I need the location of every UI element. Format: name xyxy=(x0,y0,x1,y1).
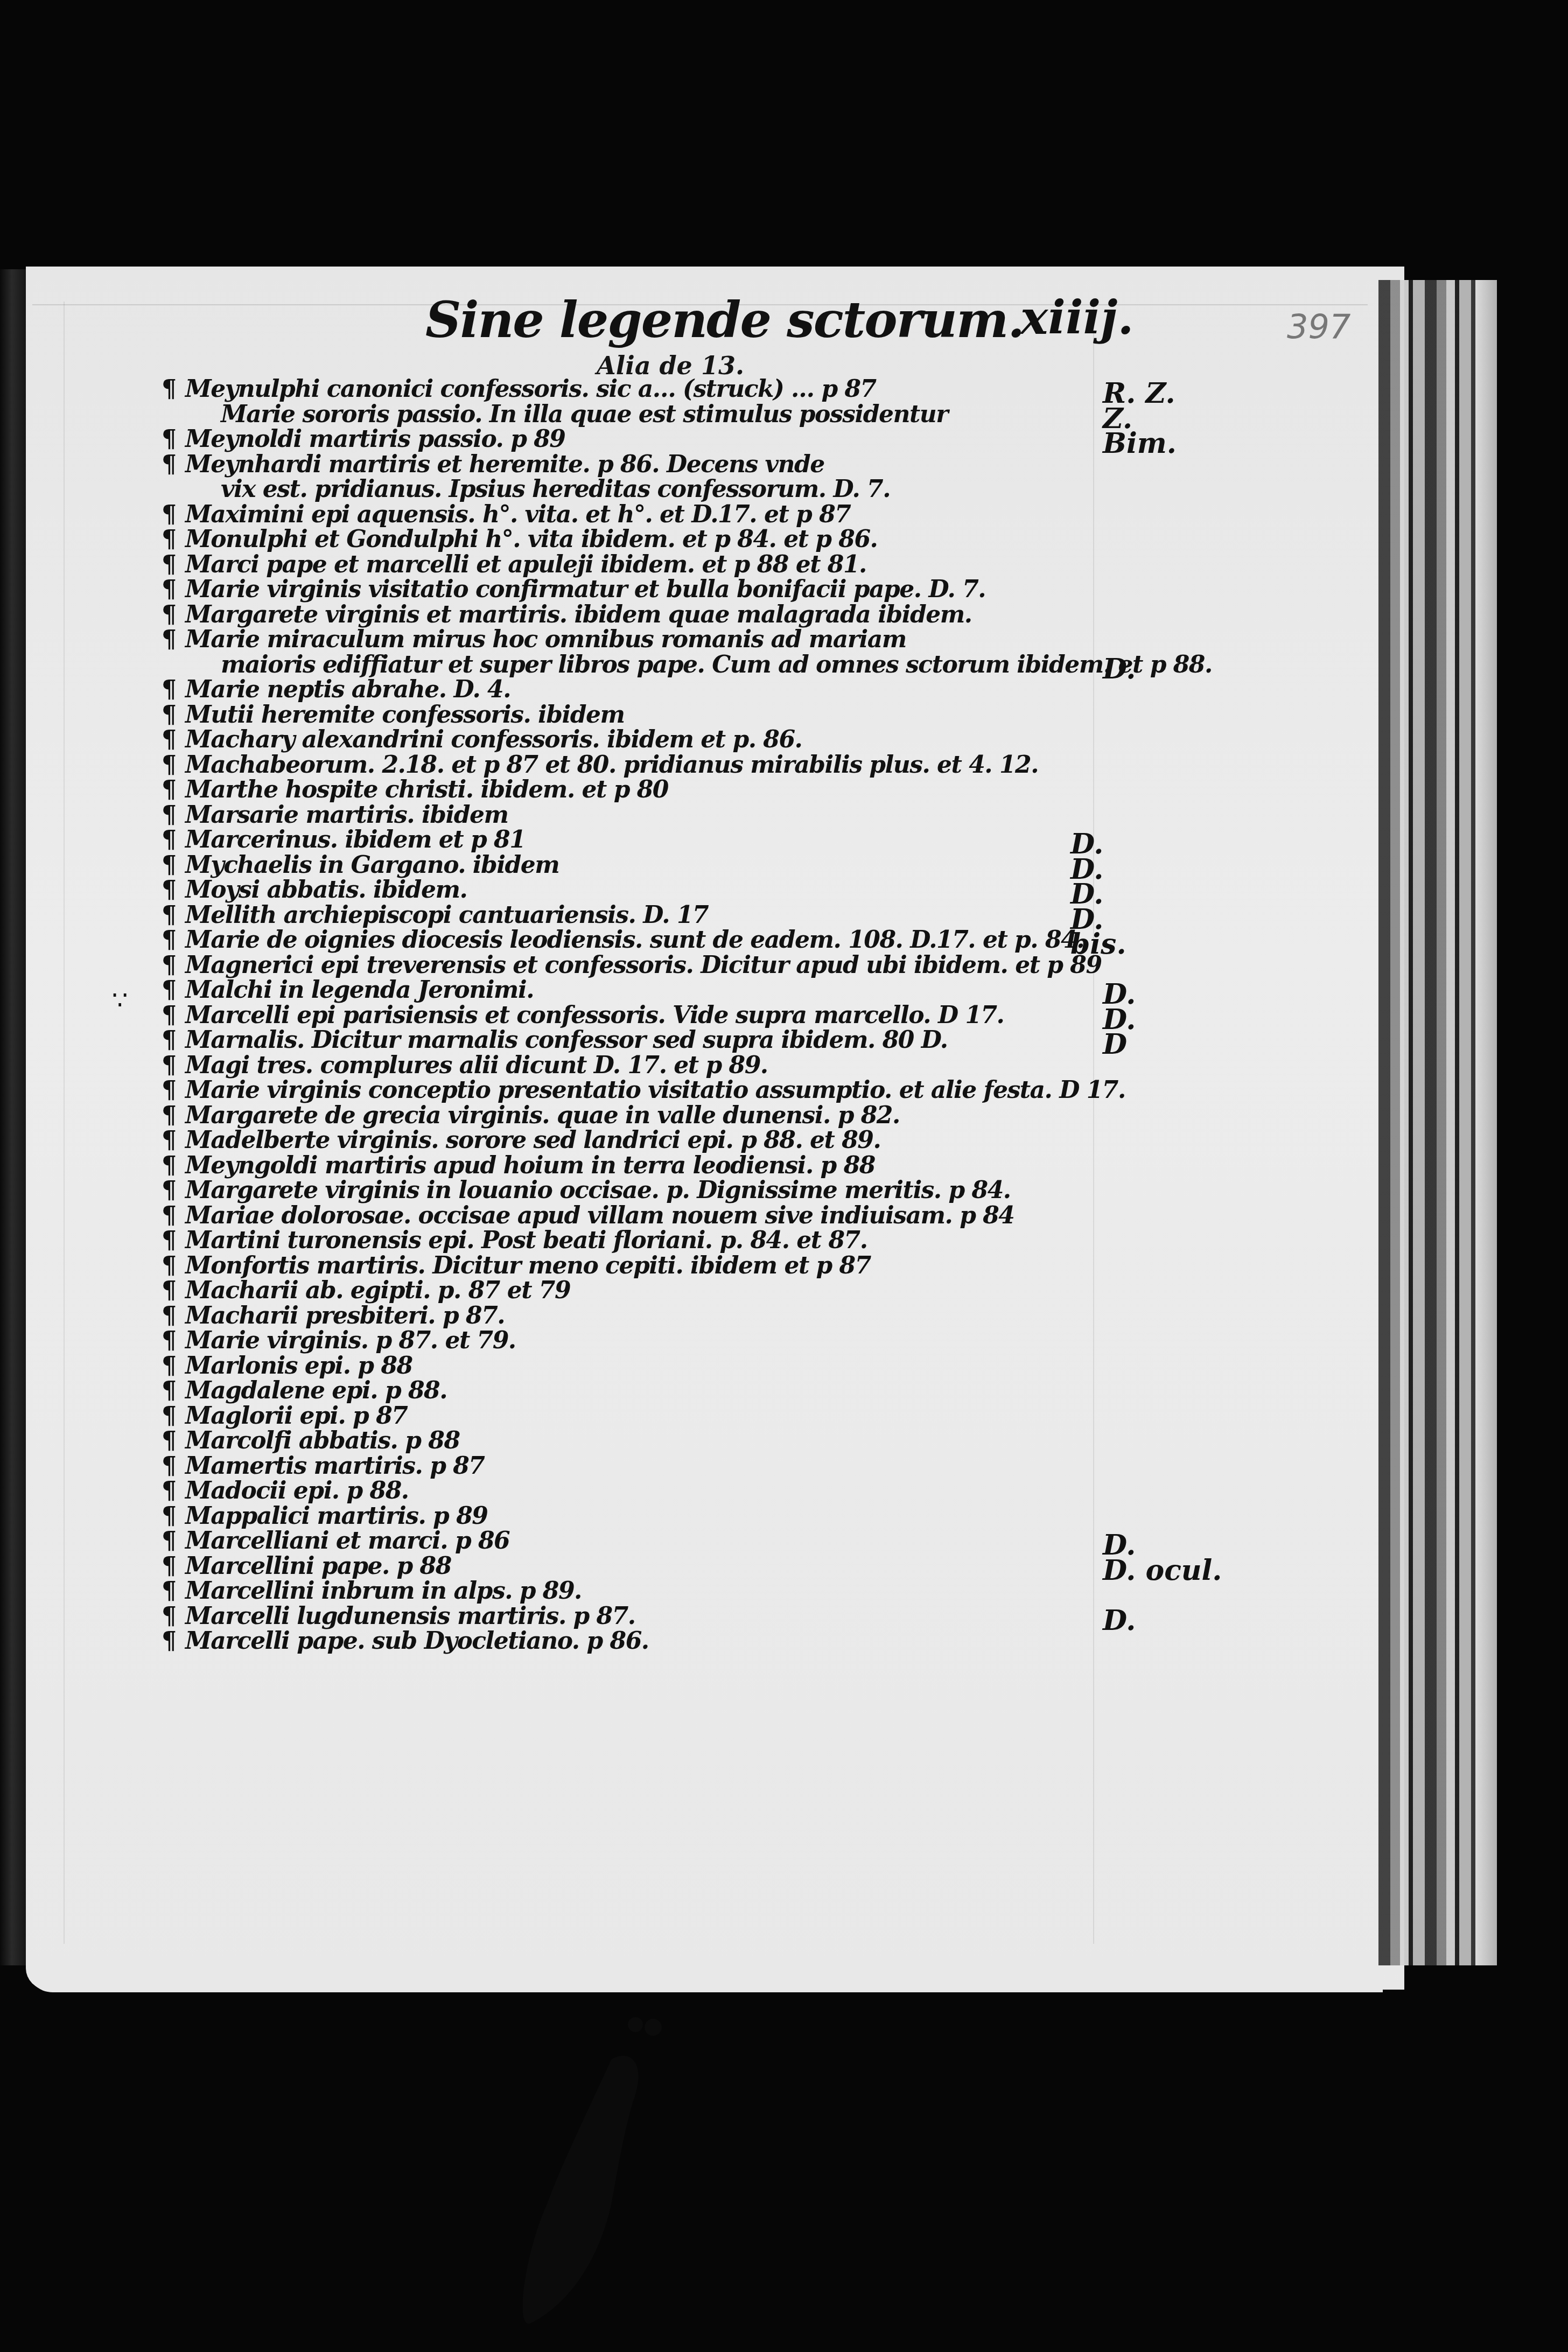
page-edges-outer xyxy=(1475,280,1497,1965)
entry-line: ¶Margarete virginis et martiris. ibidem … xyxy=(162,603,1131,628)
margin-note: bis. xyxy=(1070,928,1126,961)
pilcrow-icon: ¶ xyxy=(162,1328,185,1353)
pilcrow-icon: ¶ xyxy=(162,703,185,727)
entry-text: Marsarie martiris. ibidem xyxy=(185,801,508,829)
entry-line: ¶Monulphi et Gondulphi h°. vita ibidem. … xyxy=(162,527,1131,552)
entry-line: ¶Meynhardi martiris et heremite. p 86. D… xyxy=(162,452,1131,478)
entry-text: maioris ediffiatur et super libros pape.… xyxy=(221,651,1212,678)
entry-text: Mychaelis in Gargano. ibidem xyxy=(185,851,559,879)
entry-text: Meynoldi martiris passio. p 89 xyxy=(185,425,565,453)
entry-text: Magdalene epi. p 88. xyxy=(185,1377,447,1404)
entry-text: Malchi in legenda Jeronimi. xyxy=(185,976,534,1004)
pilcrow-icon: ¶ xyxy=(162,427,185,452)
pencil-page-number: 397 xyxy=(1287,307,1350,346)
pilcrow-icon: ¶ xyxy=(162,928,185,953)
entry-text: Margarete de grecia virginis. quae in va… xyxy=(185,1102,900,1129)
side-mark-dots: ∵ xyxy=(112,985,128,1014)
entry-line: ¶Meyngoldi martiris apud hoium in terra … xyxy=(162,1153,1131,1179)
entry-line: ¶Marie de oignies diocesis leodiensis. s… xyxy=(162,928,1131,953)
entry-text: Marie miraculum mirus hoc omnibus romani… xyxy=(185,626,906,653)
entry-line: ¶Marcelli epi parisiensis et confessoris… xyxy=(162,1003,1131,1028)
entry-text: Meynhardi martiris et heremite. p 86. De… xyxy=(185,451,824,478)
pilcrow-icon: ¶ xyxy=(162,527,185,552)
entry-line: ¶Marcolfi abbatis. p 88 xyxy=(162,1429,1131,1454)
pilcrow-icon: ¶ xyxy=(162,1454,185,1479)
entry-line: ¶Mappalici martiris. p 89 xyxy=(162,1504,1131,1529)
entry-line: ¶Marie virginis conceptio presentatio vi… xyxy=(162,1078,1131,1103)
pilcrow-icon: ¶ xyxy=(162,1354,185,1378)
entry-line: ¶Marlonis epi. p 88 xyxy=(162,1354,1131,1379)
entry-line: ¶Magdalene epi. p 88. xyxy=(162,1378,1131,1404)
entry-text: Marie virginis. p 87. et 79. xyxy=(185,1327,516,1354)
page-title: Sine legende sctorum. xyxy=(425,291,1024,349)
entry-line: ¶Marcelliani et marci. p 86 xyxy=(162,1529,1131,1554)
pilcrow-icon: ¶ xyxy=(162,1128,185,1153)
entry-text: Mappalici martiris. p 89 xyxy=(185,1502,487,1530)
entry-line: ¶Margarete virginis in louanio occisae. … xyxy=(162,1178,1131,1203)
pilcrow-icon: ¶ xyxy=(162,502,185,527)
entry-text: Marie virginis conceptio presentatio vis… xyxy=(185,1076,1125,1104)
entry-text: Marie de oignies diocesis leodiensis. su… xyxy=(185,926,1084,954)
entry-line: ¶Marie virginis. p 87. et 79. xyxy=(162,1328,1131,1354)
pilcrow-icon: ¶ xyxy=(162,1053,185,1078)
entry-line: ¶Machabeorum. 2.18. et p 87 et 80. pridi… xyxy=(162,753,1131,778)
entry-line: ¶Marie sororis passio. In illa quae est … xyxy=(162,402,1131,428)
entry-line: ¶Meynoldi martiris passio. p 89 xyxy=(162,427,1131,452)
pilcrow-icon: ¶ xyxy=(162,452,185,477)
entry-line: ¶Mariae dolorosae. occisae apud villam n… xyxy=(162,1203,1131,1229)
entry-line: ¶Malchi in legenda Jeronimi. xyxy=(162,978,1131,1003)
entry-line: ¶Macharii presbiteri. p 87. xyxy=(162,1304,1131,1329)
entry-text: Margarete virginis in louanio occisae. p… xyxy=(185,1177,1011,1204)
margin-note: D. ocul. xyxy=(1103,1554,1222,1587)
entry-text: Marnalis. Dicitur marnalis confessor sed… xyxy=(185,1026,948,1054)
entry-text: Marcellini inbrum in alps. p 89. xyxy=(185,1577,582,1605)
pilcrow-icon: ¶ xyxy=(162,903,185,928)
pilcrow-icon: ¶ xyxy=(162,753,185,778)
entry-line: ¶Maximini epi aquensis. h°. vita. et h°.… xyxy=(162,502,1131,528)
entry-line: ¶Magnerici epi treverensis et confessori… xyxy=(162,953,1131,978)
entry-text: Marcelli lugdunensis martiris. p 87. xyxy=(185,1602,635,1630)
margin-note: Bim. xyxy=(1103,427,1177,460)
entry-text: Mamertis martiris. p 87 xyxy=(185,1452,484,1480)
pilcrow-icon: ¶ xyxy=(162,1378,185,1403)
pilcrow-icon: ¶ xyxy=(162,978,185,1003)
page-bottom-edge xyxy=(26,1960,1383,1992)
entry-line: ¶Marnalis. Dicitur marnalis confessor se… xyxy=(162,1028,1131,1053)
entry-text: Magnerici epi treverensis et confessoris… xyxy=(185,951,1102,979)
entry-line: ¶Madocii epi. p 88. xyxy=(162,1479,1131,1504)
entry-text: Mellith archiepiscopi cantuariensis. D. … xyxy=(185,901,708,929)
entry-line: ¶Marcellini pape. p 88 xyxy=(162,1554,1131,1579)
entry-line: ¶Mychaelis in Gargano. ibidem xyxy=(162,853,1131,878)
pilcrow-icon: ¶ xyxy=(162,1554,185,1579)
entry-line: ¶vix est. pridianus. Ipsius hereditas co… xyxy=(162,477,1131,502)
pilcrow-icon: ¶ xyxy=(162,853,185,878)
pilcrow-icon: ¶ xyxy=(162,1028,185,1053)
entry-line: ¶Marsarie martiris. ibidem xyxy=(162,803,1131,828)
entry-text: Maglorii epi. p 87 xyxy=(185,1402,407,1430)
pilcrow-icon: ¶ xyxy=(162,803,185,828)
entry-text: Madelberte virginis. sorore sed landrici… xyxy=(185,1126,880,1154)
pilcrow-icon: ¶ xyxy=(162,1278,185,1303)
entry-line: ¶Meynulphi canonici confessoris. sic a… … xyxy=(162,377,1131,402)
entry-line: ¶Martini turonensis epi. Post beati flor… xyxy=(162,1228,1131,1254)
pilcrow-icon: ¶ xyxy=(162,1228,185,1253)
pilcrow-icon: ¶ xyxy=(162,1304,185,1328)
entry-line: ¶Marcellini inbrum in alps. p 89. xyxy=(162,1579,1131,1604)
entry-line: ¶Marci pape et marcelli et apuleji ibide… xyxy=(162,552,1131,578)
pilcrow-icon: ¶ xyxy=(162,552,185,577)
entry-text: Marcerinus. ibidem et p 81 xyxy=(185,826,525,853)
entry-line: ¶Madelberte virginis. sorore sed landric… xyxy=(162,1128,1131,1153)
entry-line: ¶Machary alexandrini confessoris. ibidem… xyxy=(162,727,1131,753)
entry-text: Madocii epi. p 88. xyxy=(185,1477,409,1504)
entry-text: Margarete virginis et martiris. ibidem q… xyxy=(185,601,972,628)
pilcrow-icon: ¶ xyxy=(162,953,185,978)
entry-text: Marie neptis abrahe. D. 4. xyxy=(185,676,510,703)
entry-line: ¶Marie miraculum mirus hoc omnibus roman… xyxy=(162,627,1131,653)
pilcrow-icon: ¶ xyxy=(162,1404,185,1429)
folio-number: xiiij. xyxy=(1020,291,1133,345)
pilcrow-icon: ¶ xyxy=(162,1203,185,1228)
entry-text: Marcelli pape. sub Dyocletiano. p 86. xyxy=(185,1627,649,1655)
margin-note: D. xyxy=(1103,653,1136,685)
binding-left-edge xyxy=(0,269,30,1965)
pilcrow-icon: ¶ xyxy=(162,828,185,852)
entry-text: Macharii ab. egipti. p. 87 et 79 xyxy=(185,1277,570,1304)
entry-line: ¶Monfortis martiris. Dicitur meno cepiti… xyxy=(162,1254,1131,1279)
entry-text: Marcolfi abbatis. p 88 xyxy=(185,1427,460,1454)
pilcrow-icon: ¶ xyxy=(162,1178,185,1203)
entry-line: ¶Magi tres. complures alii dicunt D. 17.… xyxy=(162,1053,1131,1079)
entry-line: ¶Marcelli lugdunensis martiris. p 87. xyxy=(162,1604,1131,1629)
pilcrow-icon: ¶ xyxy=(162,1579,185,1604)
entry-text: Marcellini pape. p 88 xyxy=(185,1552,451,1580)
ink-blot xyxy=(450,2000,676,2334)
pilcrow-icon: ¶ xyxy=(162,727,185,752)
entry-text: Mariae dolorosae. occisae apud villam no… xyxy=(185,1202,1014,1229)
entry-line: ¶Marcelli pape. sub Dyocletiano. p 86. xyxy=(162,1629,1131,1654)
entry-text: Maximini epi aquensis. h°. vita. et h°. … xyxy=(185,501,850,528)
pilcrow-icon: ¶ xyxy=(162,1529,185,1553)
ruling-line-left xyxy=(64,302,65,1944)
pilcrow-icon: ¶ xyxy=(162,1629,185,1654)
pilcrow-icon: ¶ xyxy=(162,1429,185,1453)
pilcrow-icon: ¶ xyxy=(162,878,185,902)
pilcrow-icon: ¶ xyxy=(162,1254,185,1278)
entry-line: ¶Marie virginis visitatio confirmatur et… xyxy=(162,577,1131,603)
pilcrow-icon: ¶ xyxy=(162,577,185,602)
entry-text: Marthe hospite christi. ibidem. et p 80 xyxy=(185,776,668,803)
entry-text: Moysi abbatis. ibidem. xyxy=(185,876,467,904)
entry-text: Meynulphi canonici confessoris. sic a… (… xyxy=(185,375,876,403)
entry-text: Marie sororis passio. In illa quae est s… xyxy=(221,401,948,428)
entry-line: ¶maioris ediffiatur et super libros pape… xyxy=(162,653,1131,678)
entry-text: Marie virginis visitatio confirmatur et … xyxy=(185,576,985,603)
entry-line: ¶Maglorii epi. p 87 xyxy=(162,1404,1131,1429)
pilcrow-icon: ¶ xyxy=(162,603,185,627)
pilcrow-icon: ¶ xyxy=(162,627,185,652)
pilcrow-icon: ¶ xyxy=(162,377,185,402)
pilcrow-icon: ¶ xyxy=(162,1003,185,1028)
pilcrow-icon: ¶ xyxy=(162,677,185,702)
entry-text: Martini turonensis epi. Post beati flori… xyxy=(185,1227,867,1254)
entry-text: Meyngoldi martiris apud hoium in terra l… xyxy=(185,1152,875,1179)
pilcrow-icon: ¶ xyxy=(162,1504,185,1529)
entry-text: Monulphi et Gondulphi h°. vita ibidem. e… xyxy=(185,526,877,553)
entry-line: ¶Macharii ab. egipti. p. 87 et 79 xyxy=(162,1278,1131,1304)
entry-line: ¶Marthe hospite christi. ibidem. et p 80 xyxy=(162,778,1131,803)
entry-text: Mutii heremite confessoris. ibidem xyxy=(185,701,625,729)
entry-text: Marci pape et marcelli et apuleji ibidem… xyxy=(185,551,866,578)
entry-line: ¶Mellith archiepiscopi cantuariensis. D.… xyxy=(162,903,1131,928)
entry-text: Marcelli epi parisiensis et confessoris.… xyxy=(185,1002,1004,1029)
entry-text: Magi tres. complures alii dicunt D. 17. … xyxy=(185,1052,768,1079)
page-edges-stack xyxy=(1378,280,1486,1965)
entry-text: Marcelliani et marci. p 86 xyxy=(185,1527,509,1555)
entry-line: ¶Moysi abbatis. ibidem. xyxy=(162,878,1131,903)
pilcrow-icon: ¶ xyxy=(162,778,185,802)
entry-text: Machabeorum. 2.18. et p 87 et 80. pridia… xyxy=(185,751,1038,779)
entry-text: Macharii presbiteri. p 87. xyxy=(185,1302,505,1329)
entry-line: ¶Mamertis martiris. p 87 xyxy=(162,1454,1131,1479)
pilcrow-icon: ¶ xyxy=(162,1479,185,1503)
pilcrow-icon: ¶ xyxy=(162,1078,185,1103)
entry-text: Marlonis epi. p 88 xyxy=(185,1352,412,1380)
entry-line: ¶Mutii heremite confessoris. ibidem xyxy=(162,703,1131,728)
entry-text: Machary alexandrini confessoris. ibidem … xyxy=(185,726,802,753)
entry-line: ¶Marcerinus. ibidem et p 81 xyxy=(162,828,1131,853)
entry-line: ¶Marie neptis abrahe. D. 4. xyxy=(162,677,1131,703)
entry-text: vix est. pridianus. Ipsius hereditas con… xyxy=(221,475,890,503)
pilcrow-icon: ¶ xyxy=(162,1604,185,1629)
pilcrow-icon: ¶ xyxy=(162,1103,185,1128)
margin-note: D xyxy=(1103,1028,1127,1061)
margin-note: D. xyxy=(1103,1604,1136,1637)
pilcrow-icon: ¶ xyxy=(162,1153,185,1178)
entry-text: Monfortis martiris. Dicitur meno cepiti.… xyxy=(185,1252,871,1279)
entry-list: ¶Meynulphi canonici confessoris. sic a… … xyxy=(162,377,1131,1654)
entry-line: ¶Margarete de grecia virginis. quae in v… xyxy=(162,1103,1131,1129)
